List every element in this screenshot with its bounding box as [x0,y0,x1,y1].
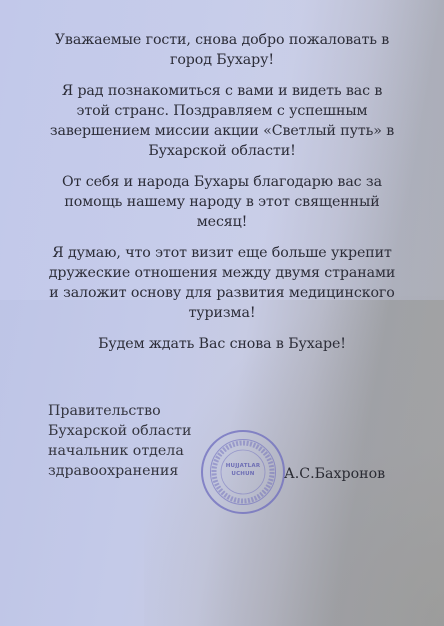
letter-body: Уважаемые гости, снова добро пожаловать … [46,30,398,365]
closing-paragraph: Будем ждать Вас снова в Бухаре! [46,334,398,354]
stamp-text-line-2: UCHUN [203,470,283,478]
relations-paragraph: Я думаю, что этот визит еще больше укреп… [46,243,398,323]
stamp-text-line-1: HUJJATLAR [203,462,283,470]
signature-line-government: Правительство [48,401,191,421]
document-photo: Уважаемые гости, снова добро пожаловать … [0,0,444,626]
welcome-paragraph: Я рад познакомиться с вами и видеть вас … [46,81,398,161]
signature-line-position: начальник отдела [48,441,191,461]
signer-name: А.С.Бахронов [284,464,385,484]
signature-block: Правительство Бухарской области начальни… [48,401,191,481]
official-stamp-icon: HUJJATLAR UCHUN [201,430,285,514]
thanks-paragraph: От себя и народа Бухары благодарю вас за… [46,172,398,232]
stamp-center-text: HUJJATLAR UCHUN [203,462,283,478]
signature-line-department: здравоохранения [48,461,191,481]
greeting-paragraph: Уважаемые гости, снова добро пожаловать … [46,30,398,70]
signature-line-region: Бухарской области [48,421,191,441]
